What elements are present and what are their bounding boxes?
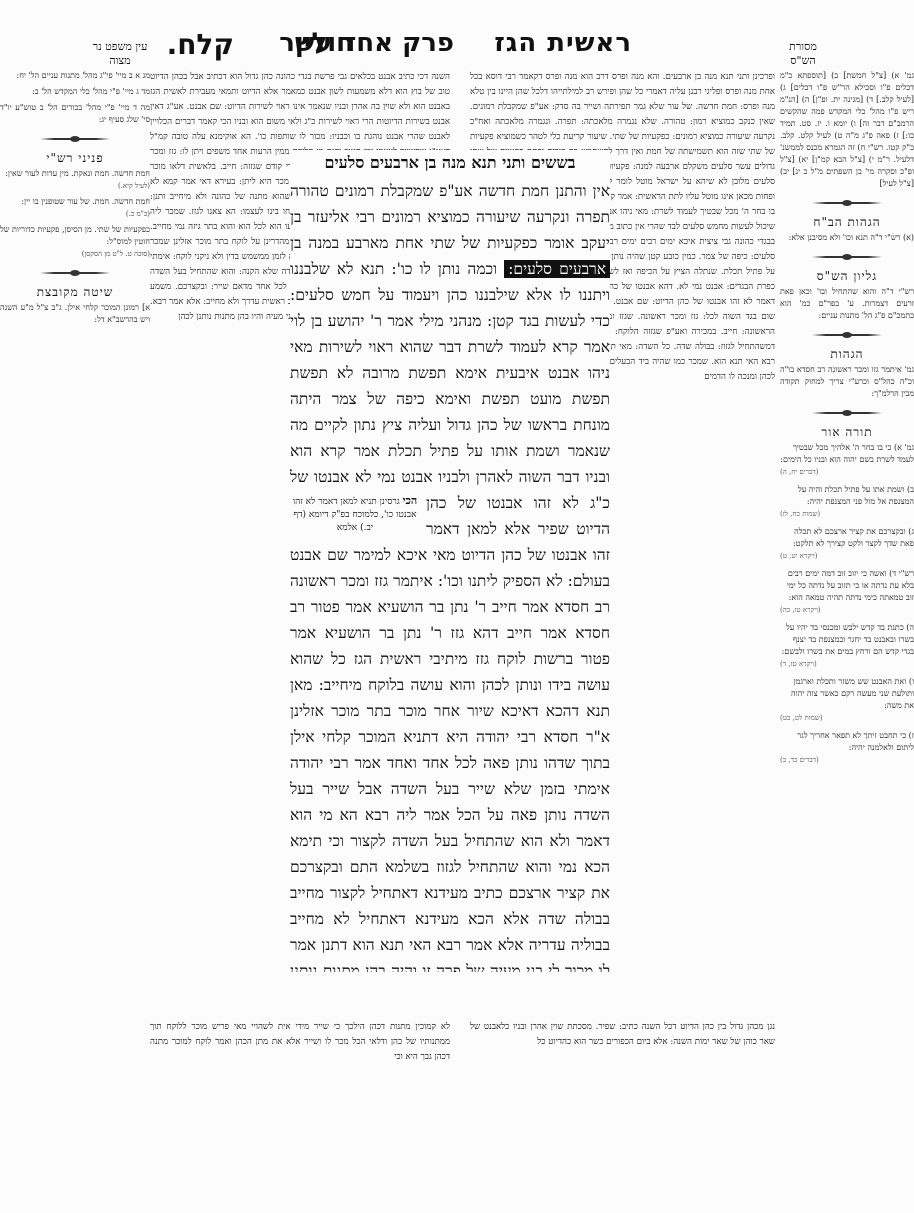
hagahot-bach-title: הגהות הב"ח [780,216,914,228]
penei-rashi-entry: חמת חדשה. חמת ונאקת. מין עדות לעור שאין:… [0,168,150,192]
entry-source: (סוכה ט. ל"ט מן הסקסן) [0,248,150,260]
entry-source: (כ"מ כ.) [0,208,150,220]
torah-or-verse: ג) ובקצרכם את קציר ארצכם לא תכלה פאת שדך… [780,526,914,562]
penei-rashi-title: פניני רש"י [0,152,150,164]
entry-text: חמת חדשה. חמת. של עור שטופנין בו יין: [21,197,150,206]
torah-or-verse: רש"י ד) ואשה כי יזוב זוב דמה ימים רבים ב… [780,568,914,616]
ein-mishpat-entry: מד ג מיי' פ"י מהל' כלי המקדש הל' ב: [0,86,150,98]
verse-text: ו) ואת האבנט שש משזר ותכלת וארגמן ותולעת… [791,677,914,710]
daf-number: קלח. [167,28,234,61]
verse-ref: (ויקרא טו, כה) [780,604,914,616]
chapter-name: ראשית הגז [494,28,632,58]
torah-or-verse: ז) כי תחבט זיתך לא תפאר אחריך לגר ליתום … [780,730,914,766]
verse-text: ב) ושמת אתו על פתיל תכלת והיה על המצנפת … [798,485,914,506]
ornament-divider [780,252,914,262]
penei-rashi-entry: כפקעיות של שתי. מן הסיסן, פקעיות כדוריות… [0,224,150,260]
hagaha-inset: הכי גרסינן תניא למאן דאמר לא זהו אבנטו כ… [290,494,420,535]
torah-or-verse: ב) ושמת אתו על פתיל תכלת והיה על המצנפת … [780,484,914,520]
right-margin: גמ' א) [צ"ל חמשת] ב) [תוספתא כ"מ דכלים פ… [778,70,914,1130]
ein-mishpat-entry: מג א ב מיי' פי"ג מהל' מתנות עניים הל' יח… [0,70,150,82]
dibur-hamatchil-highlight: ארבעים סלעים: [504,260,610,278]
gemara-passage-c: אבנטו של כ"ג לא זהו אבנטו של כהן הדיוט ש… [290,468,610,972]
verse-ref: (ויקרא טז, ד) [780,658,914,670]
verse-text: ז) כי תחבט זיתך לא תפאר אחריך לגר ליתום … [797,731,914,752]
gemara-passage-b: וכמה נותן לו כו': תנא לא שלבננו ויתננו ל… [290,260,610,486]
gilyon-hashas-entry: רש"י ד"ה והוא שהתחיל ובו' וכאן פאת זרעים… [780,286,914,322]
verse-text: גמ' א) כי בו בחר ה' אלהיך מכל שבטיך לעמד… [780,443,914,464]
ein-mishpat-label: עין משפט נר מצוה [90,40,150,68]
ornament-divider [780,330,914,340]
masoret-hashas-label: מסורת הש"ס [778,40,828,68]
hagahot-title: הגהות [780,348,914,360]
entry-text: כפקעיות של שתי. מן הסיסן, פקעיות כדוריות… [0,225,150,246]
torah-or-verse: גמ' א) כי בו בחר ה' אלהיך מכל שבטיך לעמד… [780,442,914,478]
tractate-name: חולין [295,28,354,58]
verse-ref: (דברים יח, ה) [780,466,914,478]
masoret-hashas: גמ' א) [צ"ל חמשת] ב) [תוספתא כ"מ דכלים פ… [780,70,914,190]
tosafot-bottom-continuation: לא קמוכין מתנות דכהן הילכך כי שייר מידי … [150,1020,450,1065]
ornament-divider [0,268,150,278]
hagahot-bach-entry: (א) רש"י ד"ה תנא וכו' ולא מסיבנן אלא: [780,232,914,244]
inset-text: גרסינן תניא למאן דאמר לא זהו אבנטו כו', … [293,497,417,533]
verse-text: רש"י ד) ואשה כי יזוב זוב דמה ימים רבים ב… [787,569,914,602]
verse-ref: (דברים כד, כ) [780,754,914,766]
gemara-text: בששים ותני תנא מנה בן ארבעים סלעים אין ו… [290,150,610,972]
torah-or-verse: ו) ואת האבנט שש משזר ותכלת וארגמן ותולעת… [780,676,914,724]
ein-mishpat-entry: מה ד מיי' פ"י מהל' בכורים הל' ב טוש"ע יו… [0,102,150,126]
hagahot-entry: גמ' איתמר גזו ומכר ראשונה רב חסדא בו"ה ו… [780,364,914,400]
shita-mekubetzet-entry: א] רמונן המוכר קלחי אילן. ג"ב צ"ל מ"ע הש… [0,302,150,326]
ornament-divider [780,198,914,208]
ornament-divider [780,408,914,418]
left-margin: מג א ב מיי' פי"ג מהל' מתנות עניים הל' יח… [0,70,150,1130]
ornament-divider [0,134,150,144]
entry-source: (לעיל קיא.) [0,180,150,192]
entry-text: חמת חדשה. חמת ונאקת. מין עדות לעור שאין: [5,169,150,178]
penei-rashi-entry: חמת חדשה. חמת. של עור שטופנין בו יין:(כ"… [0,196,150,220]
verse-ref: (שמות לט, כט) [780,712,914,724]
page-header: מסורת הש"ס ראשית הגז פרק אחד עשר חולין ק… [0,0,914,70]
inset-title: הכי [403,494,418,507]
shita-mekubetzet-title: שיטה מקובצת [0,286,150,298]
torah-or-title: תורה אור [780,426,914,438]
torah-or-verse: ה) כתנת בד קדש ילבש ומכנסי בד יהיו על בש… [780,622,914,670]
gilyon-hashas-title: גליון הש"ס [780,270,914,282]
gemara-opening-line: בששים ותני תנא מנה בן ארבעים סלעים [290,150,610,176]
gemara-passage-a: אין והתנן חמת חדשה אע"פ שמקבלת רמונים טה… [290,182,610,252]
verse-text: ג) ובקצרכם את קציר ארצכם לא תכלה פאת שדך… [793,527,914,548]
verse-ref: (שמות כח, לז) [780,508,914,520]
verse-text: ה) כתנת בד קדש ילבש ומכנסי בד יהיו על בש… [782,623,914,656]
rashi-bottom-continuation: נגן מכהן גדול בין כהן הדיוט דכל השנה כתי… [470,1020,775,1050]
verse-ref: (ויקרא יט, ט) [780,550,914,562]
